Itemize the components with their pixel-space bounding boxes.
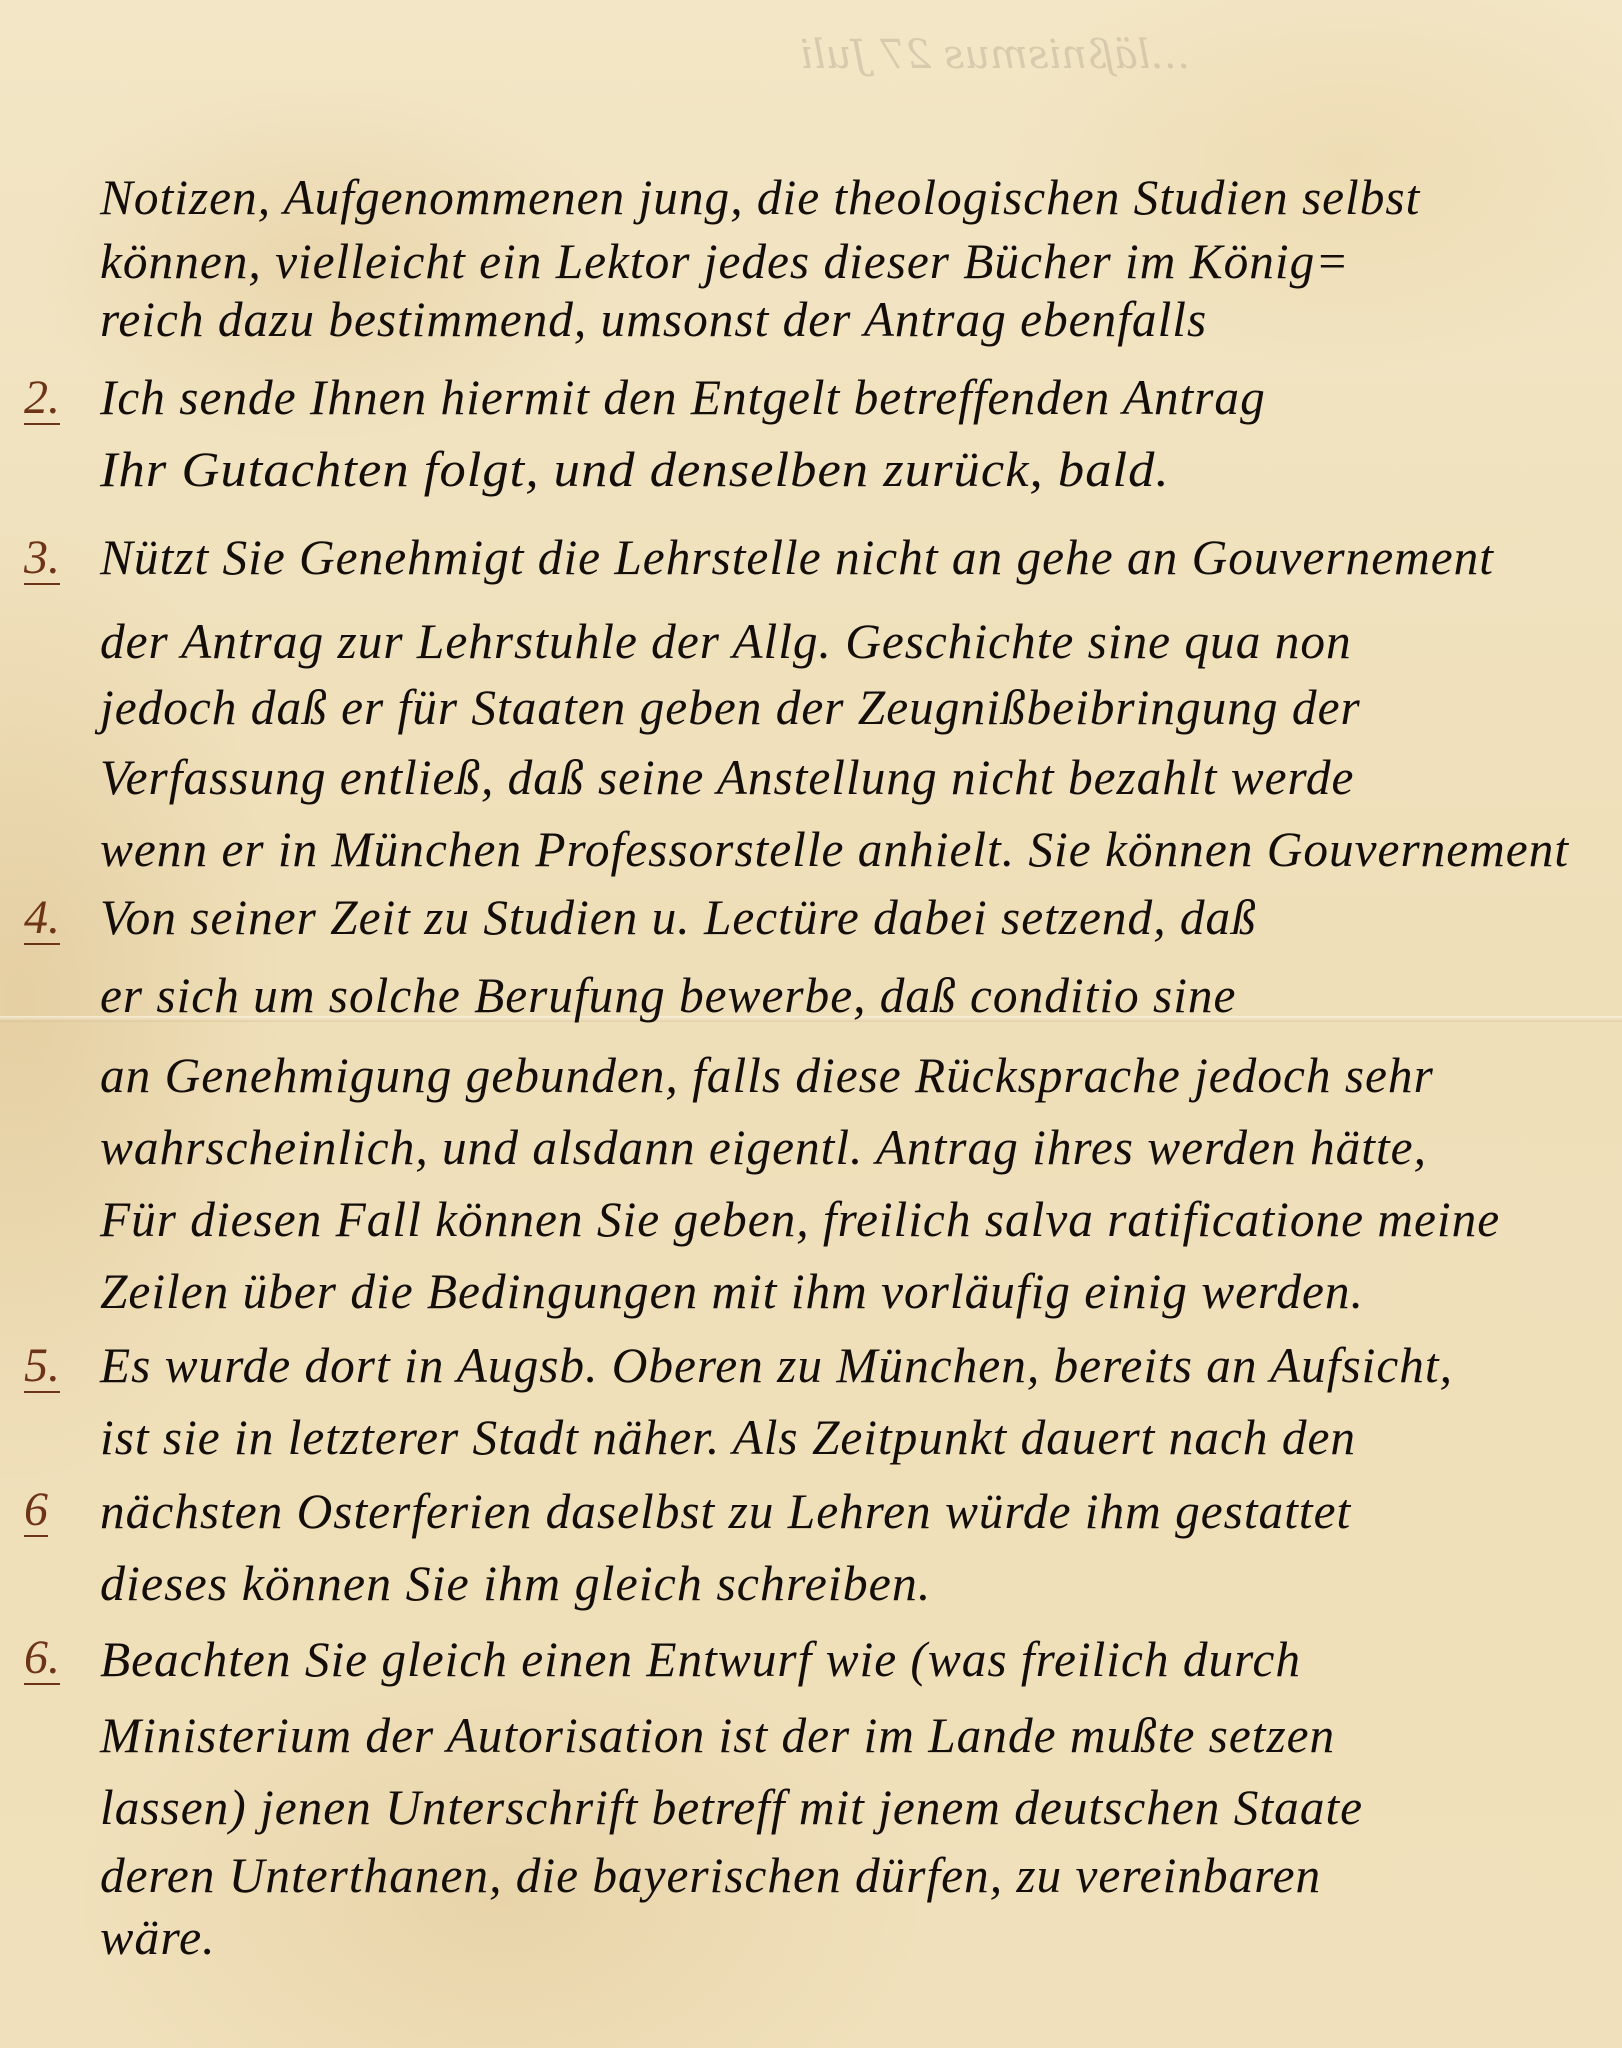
manuscript-line-23: lassen) jenen Unterschrift betreff mit j… — [100, 1778, 1590, 1836]
manuscript-line-20: dieses können Sie ihm gleich schreiben. — [100, 1554, 1610, 1612]
manuscript-line-5: Ihr Gutachten folgt, und denselben zurüc… — [100, 440, 1622, 498]
manuscript-line-24: deren Unterthanen, die bayerischen dürfe… — [100, 1846, 1590, 1904]
manuscript-line-12: er sich um solche Berufung bewerbe, daß … — [100, 966, 1590, 1024]
manuscript-line-25: wäre. — [100, 1908, 1610, 1966]
manuscript-line-17: Es wurde dort in Augsb. Oberen zu Münche… — [100, 1336, 1590, 1394]
item-number-3: 3. — [24, 530, 60, 585]
manuscript-line-18: ist sie in letzterer Stadt näher. Als Ze… — [100, 1408, 1590, 1466]
manuscript-line-11: Von seiner Zeit zu Studien u. Lectüre da… — [100, 888, 1590, 946]
manuscript-line-6: Nützt Sie Genehmigt die Lehrstelle nicht… — [100, 528, 1590, 586]
manuscript-line-13: an Genehmigung gebunden, falls diese Rüc… — [100, 1046, 1590, 1104]
manuscript-line-22: Ministerium der Autorisation ist der im … — [100, 1706, 1590, 1764]
item-number-5: 5. — [24, 1338, 60, 1393]
item-number-2: 2. — [24, 370, 60, 425]
manuscript-line-10: wenn er in München Professorstelle anhie… — [100, 820, 1590, 878]
manuscript-line-14: wahrscheinlich, und alsdann eigentl. Ant… — [100, 1118, 1590, 1176]
item-number-6-struck: 6 — [24, 1482, 48, 1537]
manuscript-line-4: Ich sende Ihnen hiermit den Entgelt betr… — [100, 368, 1590, 426]
manuscript-line-1: Notizen, Aufgenommenen jung, die theolog… — [100, 168, 1590, 226]
manuscript-line-8: jedoch daß er für Staaten geben der Zeug… — [100, 678, 1590, 736]
manuscript-line-16: Zeilen über die Bedingungen mit ihm vorl… — [100, 1262, 1590, 1320]
manuscript-line-9: Verfassung entließ, daß seine Anstellung… — [100, 748, 1590, 806]
manuscript-line-19: nächsten Osterferien daselbst zu Lehren … — [100, 1482, 1590, 1540]
manuscript-line-2: können, vielleicht ein Lektor jedes dies… — [100, 232, 1590, 290]
manuscript-line-21: Beachten Sie gleich einen Entwurf wie (w… — [100, 1630, 1590, 1688]
item-number-6: 6. — [24, 1630, 60, 1685]
manuscript-line-15: Für diesen Fall können Sie geben, freili… — [100, 1190, 1590, 1248]
manuscript-line-7: der Antrag zur Lehrstuhle der Allg. Gesc… — [100, 612, 1590, 670]
manuscript-line-3: reich dazu bestimmend, umsonst der Antra… — [100, 290, 1590, 348]
item-number-4: 4. — [24, 890, 60, 945]
